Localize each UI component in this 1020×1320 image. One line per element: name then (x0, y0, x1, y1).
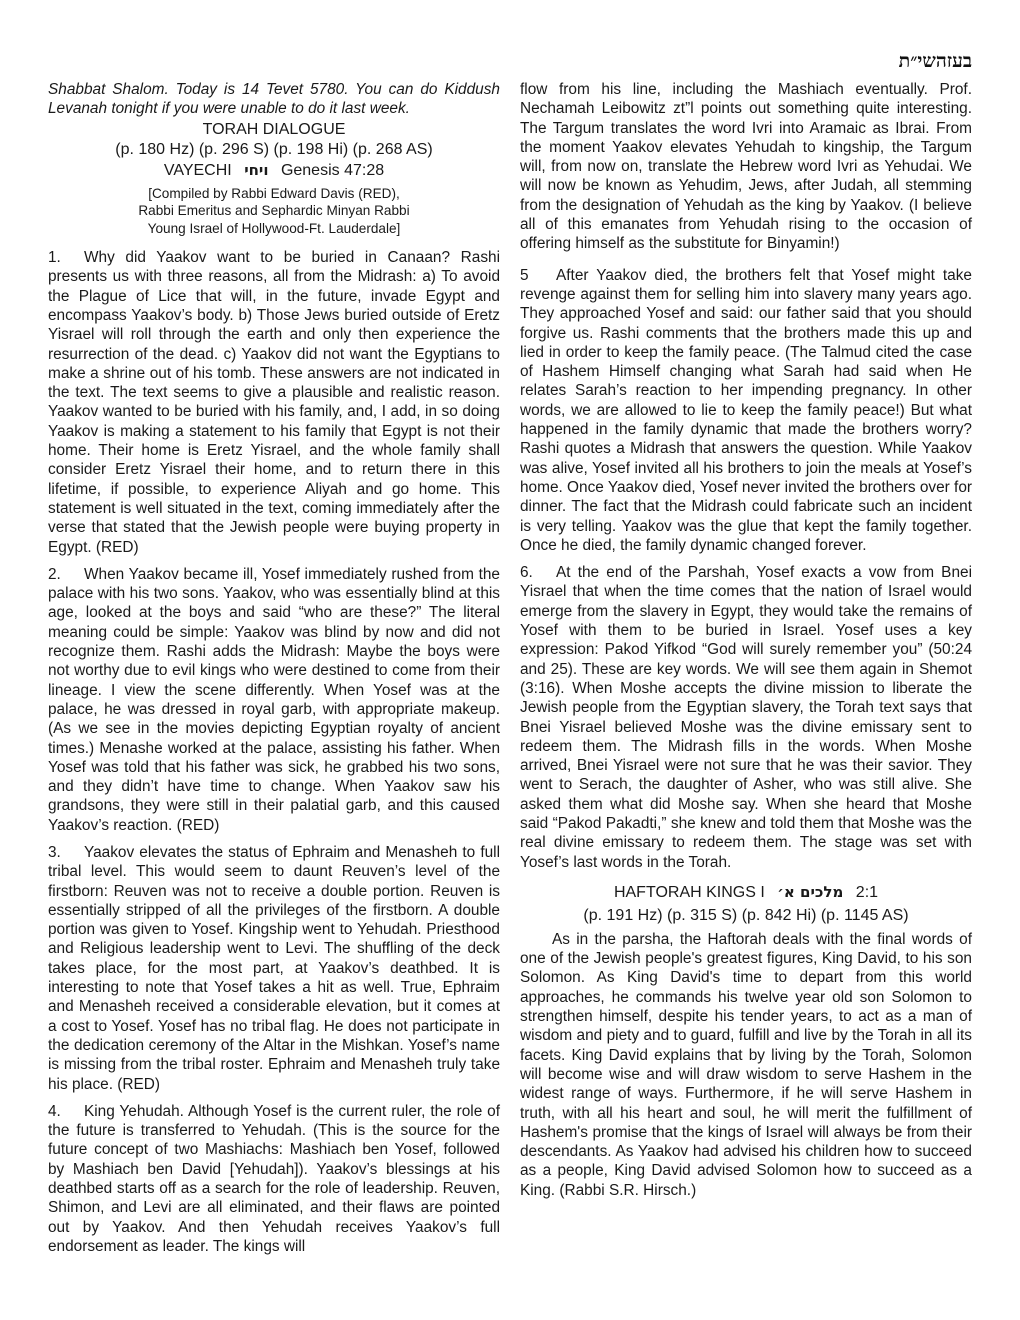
parsha-name: VAYECHI (164, 162, 232, 179)
torah-dialogue-pages: (p. 180 Hz) (p. 296 S) (p. 198 Hi) (p. 2… (48, 140, 500, 160)
parsha-hebrew: ויחי (244, 160, 268, 180)
parsha-reference: Genesis 47:28 (281, 162, 384, 179)
item-number: 4. (48, 1102, 84, 1121)
item-number: 3. (48, 843, 84, 862)
haftorah-pages: (p. 191 Hz) (p. 315 S) (p. 842 Hi) (p. 1… (520, 906, 972, 926)
compiled-line: Rabbi Emeritus and Sephardic Minyan Rabb… (48, 202, 500, 220)
compiled-by-block: [Compiled by Rabbi Edward Davis (RED), R… (48, 185, 500, 238)
item-number: 2. (48, 565, 84, 584)
compiled-line: Young Israel of Hollywood-Ft. Lauderdale… (48, 220, 500, 238)
intro-greeting: Shabbat Shalom. Today is 14 Tevet 5780. … (48, 80, 500, 119)
right-column: flow from his line, including the Mashia… (520, 80, 972, 1200)
parsha-heading: VAYECHI ויחי Genesis 47:28 (48, 160, 500, 181)
item-number: 5 (520, 266, 556, 285)
dialogue-item-5: 5After Yaakov died, the brothers felt th… (520, 266, 972, 555)
item-text: Why did Yaakov want to be buried in Cana… (48, 249, 500, 555)
compiled-line: [Compiled by Rabbi Edward Davis (RED), (48, 185, 500, 203)
item-text: Yaakov elevates the status of Ephraim an… (48, 844, 500, 1093)
item-text: At the end of the Parshah, Yosef exacts … (520, 564, 972, 870)
dialogue-item-1: 1.Why did Yaakov want to be buried in Ca… (48, 248, 500, 557)
dialogue-item-6: 6.At the end of the Parshah, Yosef exact… (520, 563, 972, 872)
haftorah-title: HAFTORAH KINGS I (614, 884, 765, 901)
haftorah-heading: HAFTORAH KINGS I מלכים א׳ 2:1 (520, 882, 972, 903)
item-text: After Yaakov died, the brothers felt tha… (520, 267, 972, 554)
dialogue-item-4: 4.King Yehudah. Although Yosef is the cu… (48, 1102, 500, 1256)
dialogue-item-3: 3.Yaakov elevates the status of Ephraim … (48, 843, 500, 1094)
item-text: When Yaakov became ill, Yosef immediatel… (48, 566, 500, 834)
dialogue-item-4-continued: flow from his line, including the Mashia… (520, 80, 972, 254)
left-column: Shabbat Shalom. Today is 14 Tevet 5780. … (48, 80, 500, 1256)
item-number: 1. (48, 248, 84, 267)
bsd-header-mark: בעזהשי״ת (899, 50, 972, 73)
item-number: 6. (520, 563, 556, 582)
dialogue-item-2: 2.When Yaakov became ill, Yosef immediat… (48, 565, 500, 835)
haftorah-text: As in the parsha, the Haftorah deals wit… (520, 930, 972, 1200)
document-page: בעזהשי״ת Shabbat Shalom. Today is 14 Tev… (0, 0, 1020, 1320)
haftorah-reference: 2:1 (856, 884, 878, 901)
torah-dialogue-title: TORAH DIALOGUE (48, 120, 500, 140)
haftorah-hebrew: מלכים א׳ (777, 882, 843, 902)
item-text: King Yehudah. Although Yosef is the curr… (48, 1103, 500, 1255)
